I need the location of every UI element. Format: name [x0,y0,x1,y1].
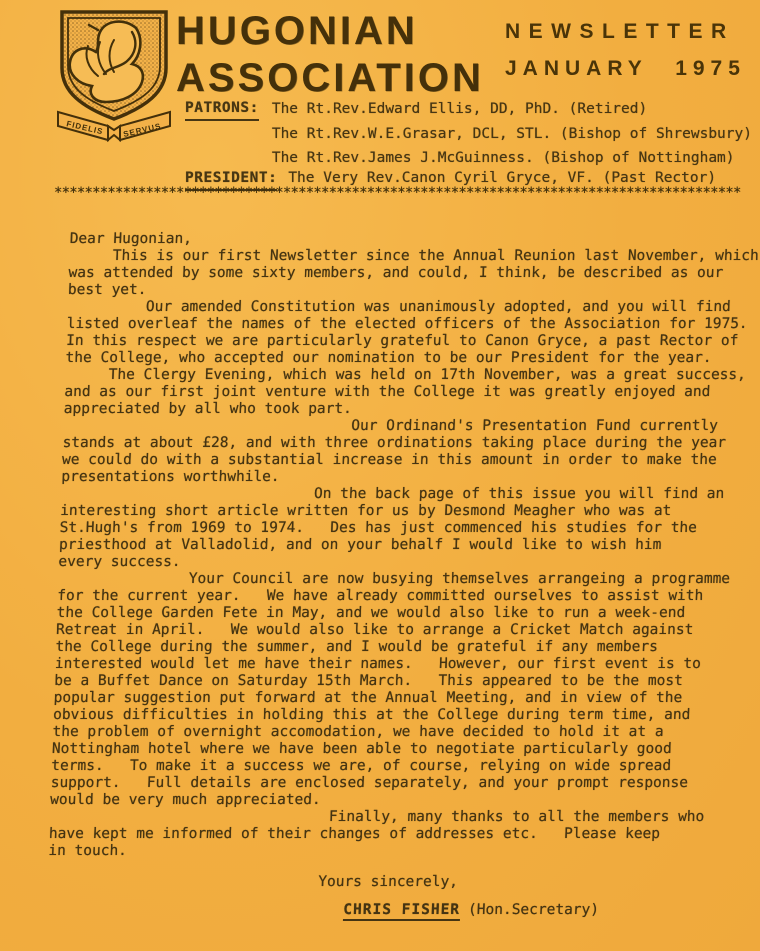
letter-body: Dear Hugonian, This is our first Newslet… [46,231,760,919]
association-crest: FIDELIS SERVUS [52,6,176,146]
patrons-block: PATRONS: The Rt.Rev.Edward Ellis, DD, Ph… [185,97,752,171]
patron-entry: The Rt.Rev.Edward Ellis, DD, PhD. (Retir… [272,97,752,122]
newsletter-label: NEWSLETTER [505,20,746,44]
org-title: HUGONIAN ASSOCIATION [176,8,484,102]
signature: CHRIS FISHER(Hon.Secretary) [46,902,737,919]
org-title-line2: ASSOCIATION [176,55,484,102]
issue-date: JANUARY 1975 [505,57,746,81]
signature-name: CHRIS FISHER [343,902,460,921]
salutation: Dear Hugonian, [69,231,760,248]
newsletter-page: FIDELIS SERVUS HUGONIAN ASSOCIATION NEWS… [0,0,760,951]
letter-paragraph-2: The Clergy Evening, which was held on 17… [48,367,755,860]
valediction: Yours sincerely, [47,874,738,891]
issue-block: NEWSLETTER JANUARY 1975 [505,20,746,81]
asterisk-divider: ****************************************… [54,185,754,201]
patrons-label: PATRONS: [185,97,259,121]
org-title-line1: HUGONIAN [176,8,484,55]
letter-paragraph-1: This is our first Newsletter since the A… [65,248,759,367]
signature-title: (Hon.Secretary) [468,902,600,918]
crest-shield-icon: FIDELIS SERVUS [52,6,176,146]
patron-entry: The Rt.Rev.W.E.Grasar, DCL, STL. (Bishop… [272,122,752,147]
